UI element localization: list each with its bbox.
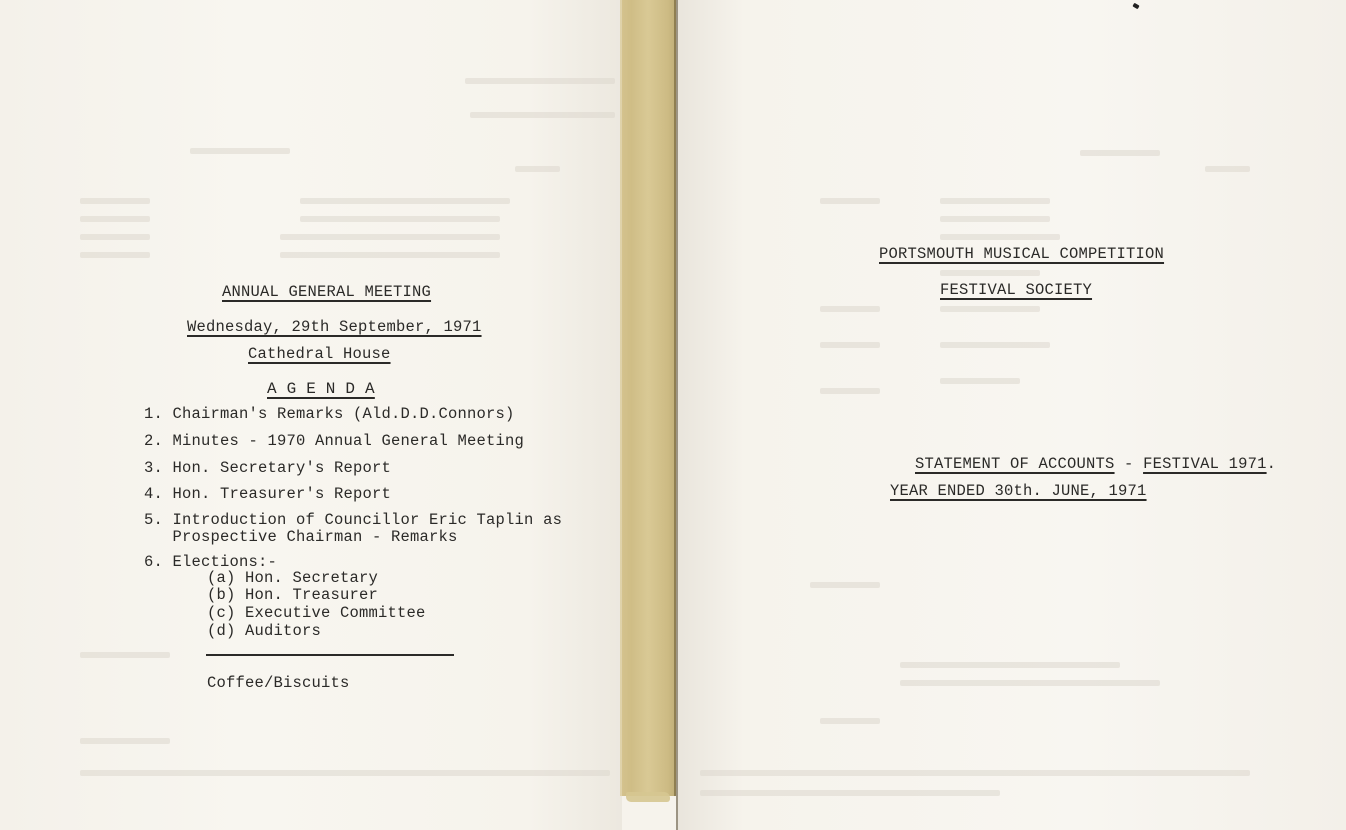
statement-title-end: . — [1267, 455, 1277, 473]
agenda-heading: A G E N D A — [267, 380, 375, 398]
statement-title-part2: FESTIVAL 1971 — [1143, 455, 1267, 473]
right-page — [677, 0, 1346, 830]
year-ended: YEAR ENDED 30th. JUNE, 1971 — [890, 482, 1147, 500]
agenda-item-continued: Prospective Chairman - Remarks — [144, 528, 458, 546]
agenda-item: 5. Introduction of Councillor Eric Tapli… — [144, 511, 562, 529]
meeting-title: ANNUAL GENERAL MEETING — [222, 283, 431, 301]
org-name-line2: FESTIVAL SOCIETY — [940, 281, 1092, 299]
agenda-item: 4. Hon. Treasurer's Report — [144, 485, 391, 503]
statement-title-sep: - — [1115, 455, 1144, 473]
election-subitem: (a) Hon. Secretary — [207, 569, 378, 587]
agenda-item: 1. Chairman's Remarks (Ald.D.D.Connors) — [144, 405, 515, 423]
election-subitem: (d) Auditors — [207, 622, 321, 640]
meeting-date: Wednesday, 29th September, 1971 — [187, 318, 482, 336]
agenda-item: 2. Minutes - 1970 Annual General Meeting — [144, 432, 524, 450]
meeting-venue: Cathedral House — [248, 345, 391, 363]
page-fold — [676, 0, 678, 830]
closing-note: Coffee/Biscuits — [207, 674, 350, 692]
binding-tape — [620, 0, 676, 796]
election-subitem: (b) Hon. Treasurer — [207, 586, 378, 604]
divider-rule — [206, 654, 454, 656]
election-subitem: (c) Executive Committee — [207, 604, 426, 622]
statement-title-part1: STATEMENT OF ACCOUNTS — [915, 455, 1115, 473]
agenda-item: 3. Hon. Secretary's Report — [144, 459, 391, 477]
statement-title: STATEMENT OF ACCOUNTS - FESTIVAL 1971. — [915, 455, 1276, 473]
org-name-line1: PORTSMOUTH MUSICAL COMPETITION — [879, 245, 1164, 263]
